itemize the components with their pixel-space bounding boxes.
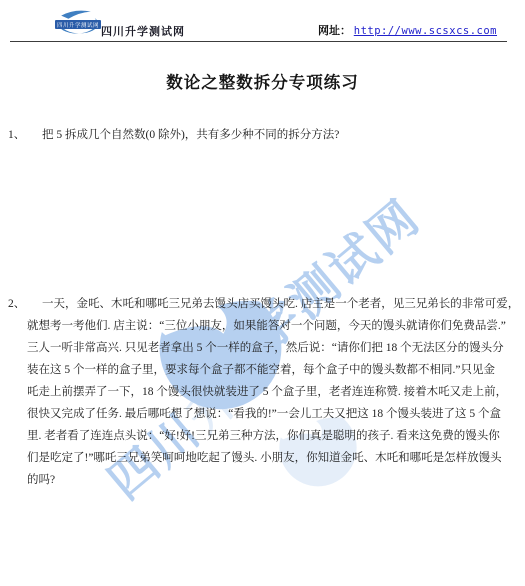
question-1-text: 把 5 拆成几个自然数(0 除外)，共有多少种不同的拆分方法?	[42, 129, 339, 141]
question-2-line: 很快又完成了任务. 最后哪吒想了想说：“看我的!”一会儿工夫又把这 18 个馒头…	[8, 403, 510, 425]
question-2-text: 一天，金吒、木吒和哪吒三兄弟去馒头店买馒头吃. 店主是一个老者，见三兄弟长的非常…	[42, 298, 519, 310]
site-url-link[interactable]: http://www.scsxcs.com	[354, 25, 497, 37]
question-2: 2、一天，金吒、木吒和哪吒三兄弟去馒头店买馒头吃. 店主是一个老者，见三兄弟长的…	[8, 293, 510, 491]
question-2-number: 2、	[8, 293, 42, 315]
question-1-line: 1、把 5 拆成几个自然数(0 除外)，共有多少种不同的拆分方法?	[8, 124, 510, 146]
question-2-line: 装在这 5 个一样的盒子里，要求每个盒子都不能空着，每个盒子中的馒头数都不相同.…	[8, 359, 510, 381]
question-2-line: 的吗?	[8, 469, 510, 491]
question-2-line: 里. 老者看了连连点头说：“好!好!三兄弟三种方法，你们真是聪明的孩子. 看来这…	[8, 425, 510, 447]
question-2-line: 们是吃定了!”哪吒三兄弟笑呵呵地吃起了馒头. 小朋友，你知道金吒、木吒和哪吒是怎…	[8, 447, 510, 469]
question-1: 1、把 5 拆成几个自然数(0 除外)，共有多少种不同的拆分方法?	[8, 124, 510, 146]
site-url-row: 网址： http://www.scsxcs.com	[318, 22, 497, 38]
question-2-line: 就想考一考他们. 店主说：“三位小朋友，如果能答对一个问题，今天的馒头就请你们免…	[8, 315, 510, 337]
site-logo-text: 四川升学测试网	[57, 21, 99, 29]
question-2-line: 三人一听非常高兴. 只见老者拿出 5 个一样的盒子，然后说：“请你们把 18 个…	[8, 337, 510, 359]
header-divider	[10, 41, 507, 42]
question-2-line: 吒走上前摆弄了一下，18 个馒头很快就装进了 5 个盒子里，老者连连称赞. 接着…	[8, 381, 510, 403]
site-url-label: 网址：	[318, 25, 351, 37]
document-page: 升学测试网 四川升学 四川升学测试网 四川升学测试网 网址： http://ww…	[0, 0, 525, 586]
site-logo-text-band: 四川升学测试网	[55, 20, 101, 29]
question-1-number: 1、	[8, 124, 42, 146]
page-title: 数论之整数拆分专项练习	[0, 69, 525, 93]
site-name: 四川升学测试网	[101, 23, 185, 39]
question-2-line: 2、一天，金吒、木吒和哪吒三兄弟去馒头店买馒头吃. 店主是一个老者，见三兄弟长的…	[8, 293, 510, 315]
